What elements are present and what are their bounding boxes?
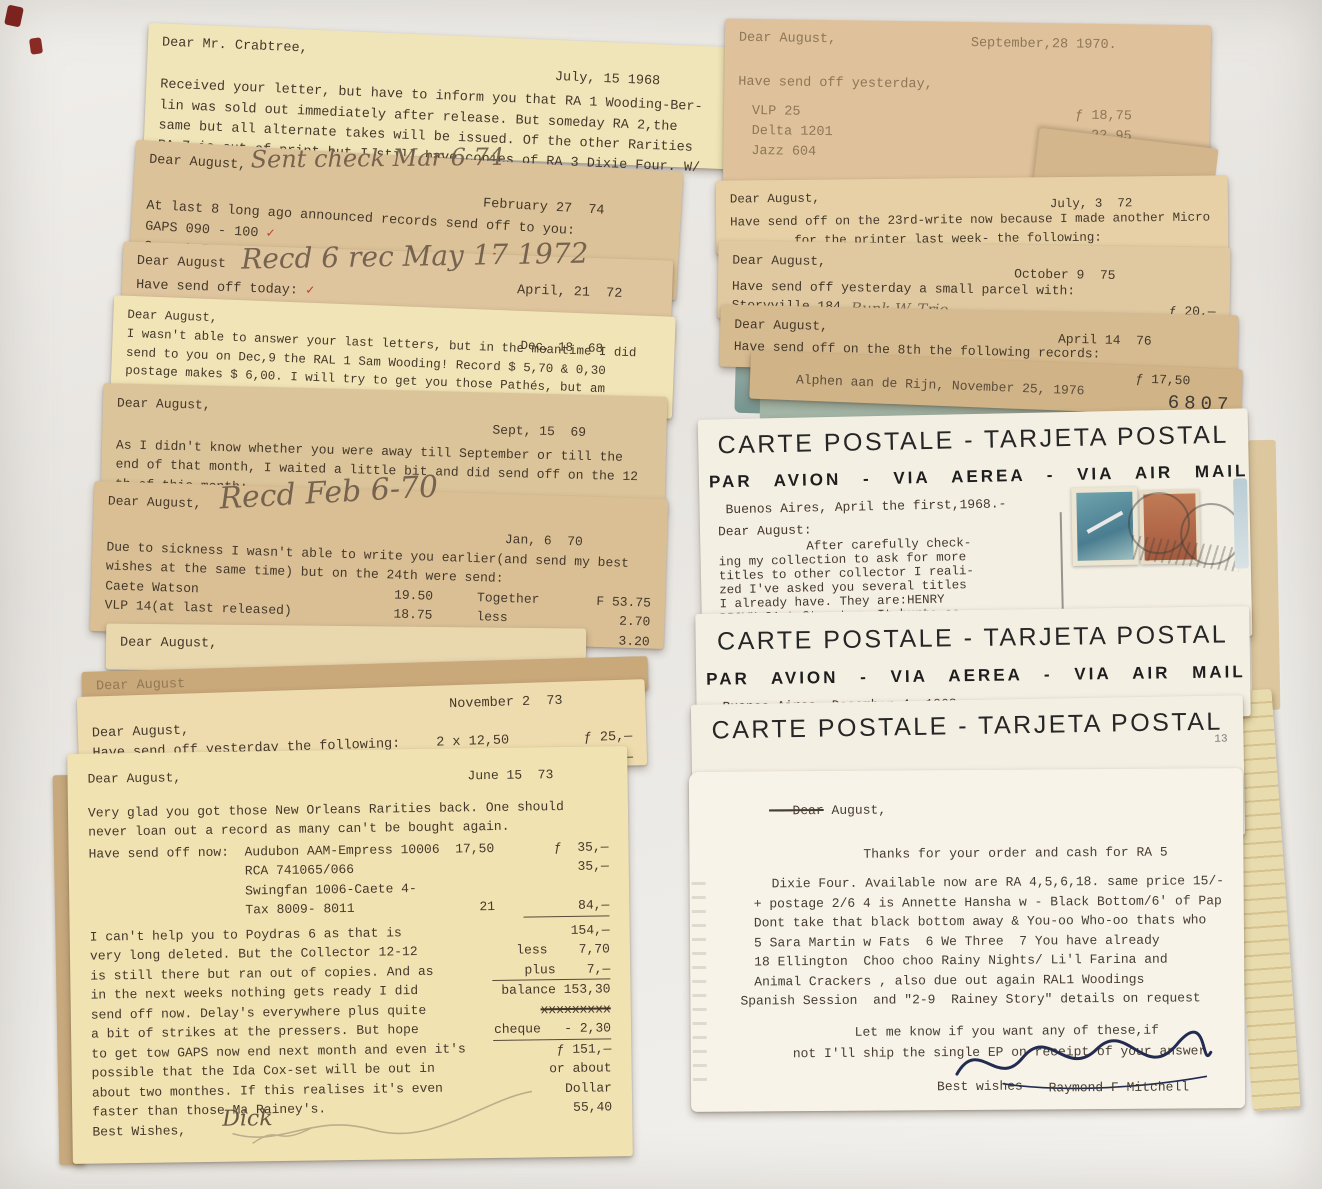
date: Dec, 18 68	[520, 337, 603, 359]
par-avion-line: PAR AVION - VIA AEREA - VIA AIR MAIL	[709, 458, 1239, 495]
red-check-icon: ✓	[306, 284, 315, 299]
pencil-flourish-icon	[222, 1089, 543, 1153]
typed-line: Thanks for your order and cash for RA 5	[863, 842, 1229, 864]
photo-of-postcard-stacks: Dear Mr. Crabtree, July, 15 1968 Receive…	[0, 0, 1322, 1189]
date: September,28 1970.	[971, 34, 1117, 56]
salutation: Dear August,	[117, 393, 653, 426]
amount: ƒ 17,50	[1135, 369, 1190, 391]
typed-signature-name: Raymond F Mitchell	[1049, 1077, 1190, 1097]
salutation: Dear Mr. Crabtree,	[162, 33, 762, 78]
small-number: 13	[1214, 731, 1227, 748]
salutation: Dear August,	[732, 251, 1216, 277]
date: October 9 75	[1014, 265, 1116, 286]
date: Sept, 15 69	[492, 421, 586, 443]
postcard-sep-28-70: Dear August, September,28 1970. Have sen…	[723, 19, 1211, 196]
date: November 2 73	[449, 692, 563, 716]
salutation: August,	[824, 803, 887, 818]
carte-postale-title: CARTE POSTALE - TARJETA POSTAL	[701, 703, 1234, 750]
carte-postale-title: CARTE POSTALE - TARJETA POSTAL	[708, 416, 1239, 465]
salutation: Dear August,	[730, 185, 1214, 209]
stamp-edge-sliver	[1233, 478, 1249, 568]
handwritten-note: Sent check Mar 6 74	[250, 139, 504, 178]
letter-raymond-mitchell: ———Dear August, Thanks for your order an…	[689, 768, 1245, 1112]
date: July, 3 72	[1050, 194, 1133, 214]
struck-word: ———Dear	[769, 803, 824, 818]
date: April, 21 72	[517, 281, 623, 305]
red-corner-mark	[29, 37, 43, 55]
salutation: Dear August,	[739, 29, 1197, 56]
date: June 15 73	[467, 765, 553, 786]
salutation: Dear August,	[120, 634, 572, 659]
date: April 14 76	[1058, 330, 1152, 351]
postcard-jun-15-73: Dear August, June 15 73 Very glad you go…	[67, 746, 633, 1164]
cut-off-text-edge	[692, 882, 707, 1092]
red-corner-mark	[4, 5, 24, 28]
typed-line: Have send off yesterday,	[738, 73, 1196, 100]
place-date-line: Alphen aan de Rijn, November 25, 1976	[796, 370, 1085, 401]
paper-edge-strip	[1248, 440, 1281, 710]
letter-body: Dixie Four. Available now are RA 4,5,6,1…	[754, 871, 1231, 1011]
date: July, 15 1968	[554, 68, 660, 93]
par-avion-line: PAR AVION - VIA AEREA - VIA AIR MAIL	[706, 659, 1240, 692]
carte-postale-title: CARTE POSTALE - TARJETA POSTAL	[705, 616, 1239, 661]
salutation-line: ———Dear August,	[769, 798, 1229, 821]
date: Jan, 6 70	[505, 530, 584, 552]
handwritten-note: Recd 6 rec May 17 1972	[241, 233, 589, 281]
